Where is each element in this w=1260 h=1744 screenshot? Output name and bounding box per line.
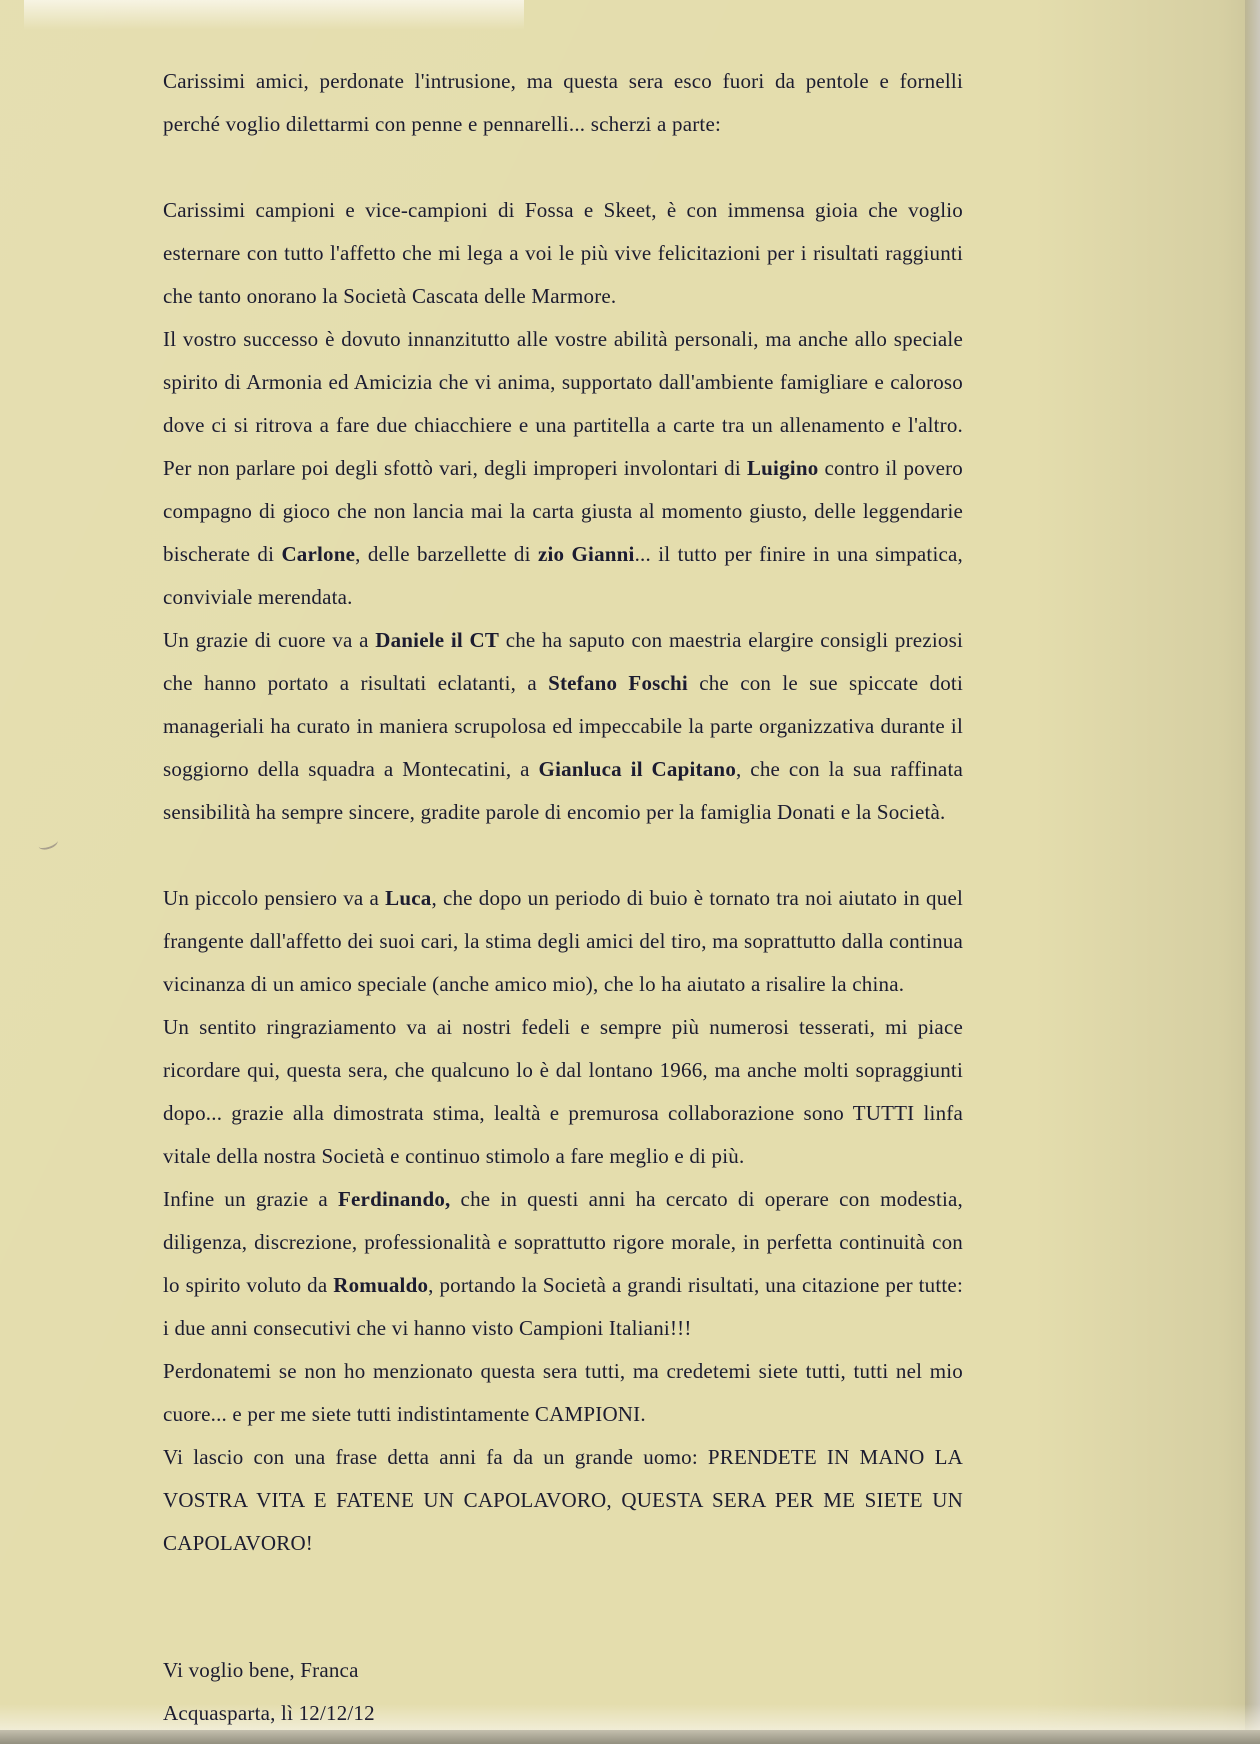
paragraph: Vi lascio con una frase detta anni fa da… <box>163 1436 963 1565</box>
signature-block: Vi voglio bene, Franca Acquasparta, lì 1… <box>163 1649 963 1735</box>
paragraph: Carissimi campioni e vice-campioni di Fo… <box>163 189 963 318</box>
place-date-line: Acquasparta, lì 12/12/12 <box>163 1692 963 1735</box>
paragraph: Infine un grazie a Ferdinando, che in qu… <box>163 1178 963 1350</box>
letter-body: Carissimi amici, perdonate l'intrusione,… <box>163 60 963 1735</box>
paragraph: Un piccolo pensiero va a Luca, che dopo … <box>163 877 963 1006</box>
paragraph: Carissimi amici, perdonate l'intrusione,… <box>163 60 963 146</box>
scan-edge-top <box>24 0 524 30</box>
margin-pen-mark <box>37 835 59 852</box>
scan-edge-right <box>1245 0 1260 1744</box>
paragraph: Perdonatemi se non ho menzionato questa … <box>163 1350 963 1436</box>
scanned-letter-page: Carissimi amici, perdonate l'intrusione,… <box>0 0 1260 1744</box>
paragraph: Un sentito ringraziamento va ai nostri f… <box>163 1006 963 1178</box>
letter-paragraphs: Carissimi amici, perdonate l'intrusione,… <box>163 60 963 1565</box>
paragraph: Il vostro successo è dovuto innanzitutto… <box>163 318 963 619</box>
paragraph: Un grazie di cuore va a Daniele il CT ch… <box>163 619 963 834</box>
signature-line: Vi voglio bene, Franca <box>163 1649 963 1692</box>
